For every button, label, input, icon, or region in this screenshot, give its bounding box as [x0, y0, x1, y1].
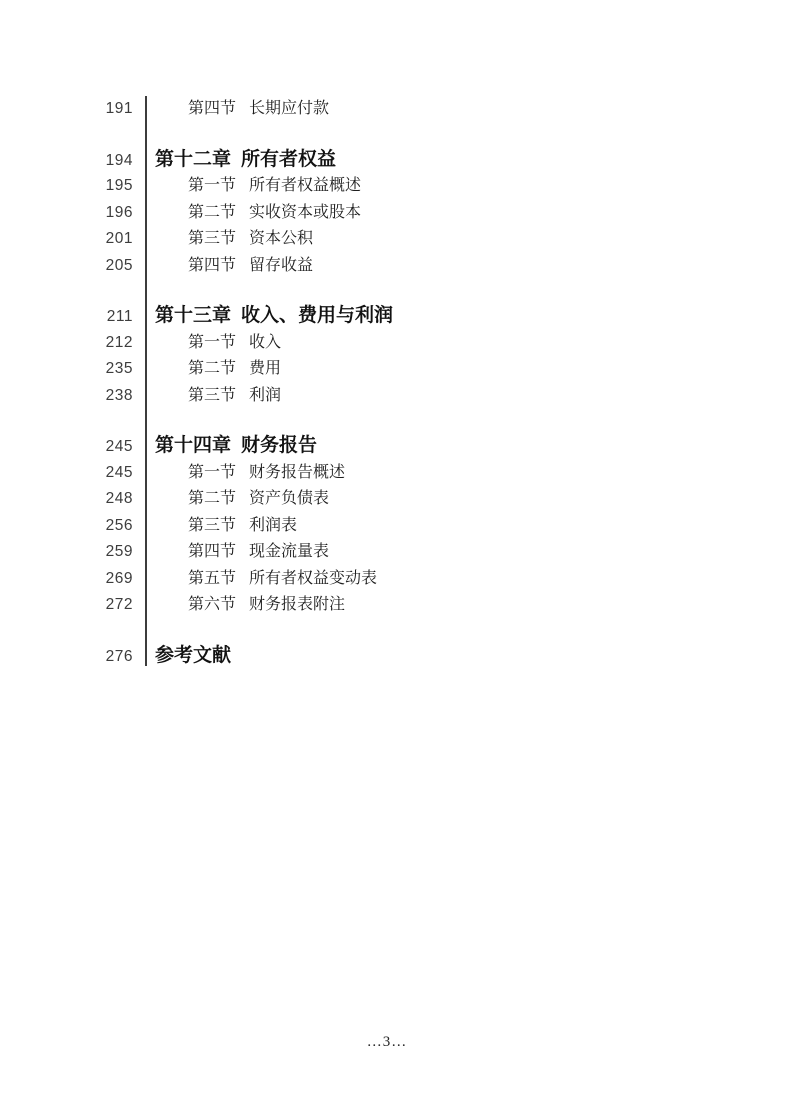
toc-page-number: 238 [0, 383, 133, 410]
toc-row: 276参考文献 [0, 643, 800, 670]
toc-entry-title: 收入、费用与利润 [241, 305, 393, 326]
toc-section-label: 第六节 [188, 596, 236, 613]
toc-section-label: 第二节 [188, 204, 236, 221]
toc-page-number: 245 [0, 460, 133, 487]
toc-row: 245第十四章财务报告 [0, 433, 800, 460]
toc-section-label: 第一节 [188, 334, 236, 351]
toc-row: 256第三节利润表 [0, 513, 800, 540]
toc-entry-title: 利润 [249, 387, 281, 404]
toc-row: 195第一节所有者权益概述 [0, 173, 800, 200]
toc-row: 248第二节资产负债表 [0, 486, 800, 513]
toc-entry-title: 所有者权益 [241, 149, 336, 170]
toc-section-label: 第一节 [188, 177, 236, 194]
toc-entry-title: 财务报告概述 [249, 464, 345, 481]
toc-row: 212第一节收入 [0, 330, 800, 357]
toc-entry-title: 所有者权益变动表 [249, 570, 377, 587]
toc-chapter-label: 参考文献 [155, 645, 231, 666]
toc-row: 196第二节实收资本或股本 [0, 200, 800, 227]
toc-row: 194第十二章所有者权益 [0, 147, 800, 174]
toc-entry-title: 财务报表附注 [249, 596, 345, 613]
toc-page-number: 191 [0, 96, 133, 123]
toc-page-number: 245 [0, 434, 133, 461]
toc-entry-title: 所有者权益概述 [249, 177, 361, 194]
toc-page-number: 269 [0, 566, 133, 593]
folio-page-number: …3… [367, 1034, 408, 1051]
toc-page-number: 201 [0, 226, 133, 253]
toc-row: 205第四节留存收益 [0, 253, 800, 280]
toc-entry-title: 利润表 [249, 517, 297, 534]
toc-row: 211第十三章收入、费用与利润 [0, 303, 800, 330]
toc-section-label: 第三节 [188, 517, 236, 534]
toc-rows: 191第四节长期应付款194第十二章所有者权益195第一节所有者权益概述196第… [0, 96, 800, 669]
toc-section-label: 第二节 [188, 490, 236, 507]
toc-page-number: 211 [0, 304, 133, 331]
toc-entry-title: 资本公积 [249, 230, 313, 247]
toc-page-number: 196 [0, 200, 133, 227]
toc-page-number: 235 [0, 356, 133, 383]
toc-section-label: 第四节 [188, 100, 236, 117]
toc-row: 269第五节所有者权益变动表 [0, 566, 800, 593]
toc-page-number: 212 [0, 330, 133, 357]
toc-section-label: 第三节 [188, 230, 236, 247]
toc-entry-title: 长期应付款 [249, 100, 329, 117]
toc-row: 201第三节资本公积 [0, 226, 800, 253]
toc-page-number: 248 [0, 486, 133, 513]
document-page: 191第四节长期应付款194第十二章所有者权益195第一节所有者权益概述196第… [0, 0, 800, 1114]
toc-entry-title: 收入 [249, 334, 281, 351]
toc-page-number: 259 [0, 539, 133, 566]
toc-row: 238第三节利润 [0, 383, 800, 410]
toc-section-label: 第五节 [188, 570, 236, 587]
toc-entry-title: 费用 [249, 360, 281, 377]
toc-section-label: 第二节 [188, 360, 236, 377]
toc-row: 235第二节费用 [0, 356, 800, 383]
toc-section-label: 第四节 [188, 543, 236, 560]
toc-entry-title: 现金流量表 [249, 543, 329, 560]
toc-chapter-label: 第十二章 [155, 149, 231, 170]
toc-row: 245第一节财务报告概述 [0, 460, 800, 487]
toc-entry-title: 实收资本或股本 [249, 204, 361, 221]
toc-section-label: 第四节 [188, 257, 236, 274]
toc-page-number: 272 [0, 592, 133, 619]
toc-page-number: 195 [0, 173, 133, 200]
toc-row: 272第六节财务报表附注 [0, 592, 800, 619]
toc-chapter-label: 第十三章 [155, 305, 231, 326]
toc-entry-title: 财务报告 [241, 435, 317, 456]
toc-section-label: 第一节 [188, 464, 236, 481]
toc-entry-title: 留存收益 [249, 257, 313, 274]
toc-entry-title: 资产负债表 [249, 490, 329, 507]
toc-page-number: 276 [0, 644, 133, 671]
toc-chapter-label: 第十四章 [155, 435, 231, 456]
toc-section-label: 第三节 [188, 387, 236, 404]
toc-row: 259第四节现金流量表 [0, 539, 800, 566]
toc-page-number: 205 [0, 253, 133, 280]
toc-page-number: 256 [0, 513, 133, 540]
toc-block-spacer [0, 279, 800, 303]
toc-row: 191第四节长期应付款 [0, 96, 800, 123]
toc-block-spacer [0, 409, 800, 433]
toc-page-number: 194 [0, 148, 133, 175]
toc-block-spacer [0, 619, 800, 643]
toc-block-spacer [0, 123, 800, 147]
